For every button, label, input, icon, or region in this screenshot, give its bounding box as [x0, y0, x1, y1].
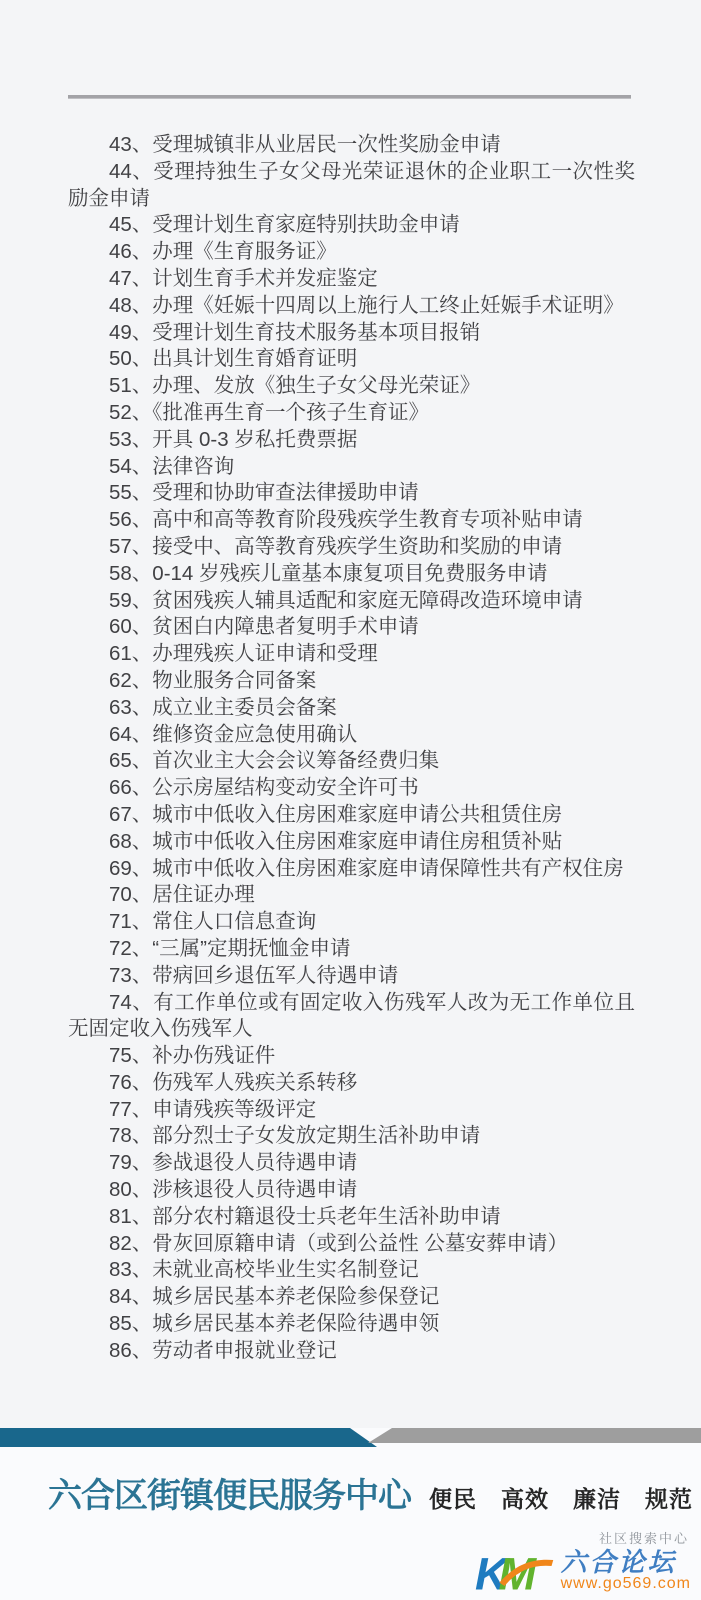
site-watermark: 社区搜索中心 K M 六合论坛 www.go569.com: [461, 1528, 691, 1595]
service-list-item: 44、受理持独生子女父母光荣证退休的企业职工一次性奖励金申请: [68, 159, 635, 213]
top-divider-line: [68, 95, 631, 99]
footer-band-gray-segment: [368, 1428, 701, 1443]
service-list-item: 57、接受中、高等教育残疾学生资助和奖励的申请: [68, 534, 635, 561]
service-list-item: 47、计划生育手术并发症鉴定: [68, 266, 635, 293]
service-list-item: 70、居住证办理: [68, 882, 635, 909]
service-list-item: 77、申请残疾等级评定: [68, 1097, 635, 1124]
service-list-item: 54、法律咨询: [68, 454, 635, 481]
watermark-logo-row: K M 六合论坛 www.go569.com: [461, 1549, 691, 1595]
service-list-item: 64、维修资金应急使用确认: [68, 722, 635, 749]
service-list-item: 85、城乡居民基本养老保险待遇申领: [68, 1311, 635, 1338]
service-list-item: 72、“三属”定期抚恤金申请: [68, 936, 635, 963]
service-list-item: 66、公示房屋结构变动安全许可书: [68, 775, 635, 802]
footer-band: [0, 1428, 701, 1447]
service-list-item: 67、城市中低收入住房困难家庭申请公共租赁住房: [68, 802, 635, 829]
service-list: 43、受理城镇非从业居民一次性奖励金申请44、受理持独生子女父母光荣证退休的企业…: [68, 132, 635, 1365]
watermark-text-column: 六合论坛 www.go569.com: [561, 1549, 691, 1593]
service-list-item: 81、部分农村籍退役士兵老年生活补助申请: [68, 1204, 635, 1231]
service-list-item: 49、受理计划生育技术服务基本项目报销: [68, 320, 635, 347]
site-logo-icon: K M: [475, 1551, 555, 1595]
service-list-item: 73、带病回乡退伍军人待遇申请: [68, 963, 635, 990]
service-list-item: 48、办理《妊娠十四周以上施行人工终止妊娠手术证明》: [68, 293, 635, 320]
footer-title-line: 六合区街镇便民服务中心 便民 高效 廉洁 规范: [48, 1468, 661, 1517]
service-list-item: 61、办理残疾人证申请和受理: [68, 641, 635, 668]
service-list-item: 74、有工作单位或有固定收入伤残军人改为无工作单位且无固定收入伤残军人: [68, 990, 635, 1044]
service-list-item: 50、出具计划生育婚育证明: [68, 346, 635, 373]
service-list-item: 59、贫困残疾人辅具适配和家庭无障碍改造环境申请: [68, 588, 635, 615]
poster: 43、受理城镇非从业居民一次性奖励金申请44、受理持独生子女父母光荣证退休的企业…: [0, 0, 701, 1600]
service-list-item: 63、成立业主委员会备案: [68, 695, 635, 722]
site-url: www.go569.com: [561, 1575, 691, 1593]
service-list-item: 46、办理《生育服务证》: [68, 239, 635, 266]
service-list-item: 82、骨灰回原籍申请（或到公益性 公墓安葬申请）: [68, 1231, 635, 1258]
service-list-item: 78、部分烈士子女发放定期生活补助申请: [68, 1123, 635, 1150]
service-list-item: 86、劳动者申报就业登记: [68, 1338, 635, 1365]
service-list-item: 79、参战退役人员待遇申请: [68, 1150, 635, 1177]
service-list-item: 71、常住人口信息查询: [68, 909, 635, 936]
watermark-tagline: 社区搜索中心: [461, 1528, 689, 1547]
service-list-item: 84、城乡居民基本养老保险参保登记: [68, 1284, 635, 1311]
service-list-item: 52、《批准再生育一个孩子生育证》: [68, 400, 635, 427]
service-list-item: 69、城市中低收入住房困难家庭申请保障性共有产权住房: [68, 856, 635, 883]
service-list-item: 60、贫困白内障患者复明手术申请: [68, 614, 635, 641]
service-list-item: 45、受理计划生育家庭特别扶助金申请: [68, 212, 635, 239]
footer: 六合区街镇便民服务中心 便民 高效 廉洁 规范 社区搜索中心 K M 六合论坛 …: [0, 1428, 701, 1600]
site-name: 六合论坛: [561, 1549, 677, 1575]
service-list-item: 83、未就业高校毕业生实名制登记: [68, 1257, 635, 1284]
service-list-item: 75、补办伤残证件: [68, 1043, 635, 1070]
service-list-item: 58、0-14 岁残疾儿童基本康复项目免费服务申请: [68, 561, 635, 588]
center-name: 六合区街镇便民服务中心: [48, 1468, 411, 1517]
service-list-item: 43、受理城镇非从业居民一次性奖励金申请: [68, 132, 635, 159]
center-slogan: 便民 高效 廉洁 规范: [429, 1481, 693, 1514]
service-list-item: 76、伤残军人残疾关系转移: [68, 1070, 635, 1097]
service-list-item: 51、办理、发放《独生子女父母光荣证》: [68, 373, 635, 400]
service-list-item: 68、城市中低收入住房困难家庭申请住房租赁补贴: [68, 829, 635, 856]
service-list-item: 62、物业服务合同备案: [68, 668, 635, 695]
service-list-item: 65、首次业主大会会议筹备经费归集: [68, 748, 635, 775]
service-list-item: 55、受理和协助审查法律援助申请: [68, 480, 635, 507]
service-list-item: 56、高中和高等教育阶段残疾学生教育专项补贴申请: [68, 507, 635, 534]
service-list-item: 53、开具 0-3 岁私托费票据: [68, 427, 635, 454]
footer-band-teal-segment: [0, 1428, 377, 1447]
service-list-item: 80、涉核退役人员待遇申请: [68, 1177, 635, 1204]
